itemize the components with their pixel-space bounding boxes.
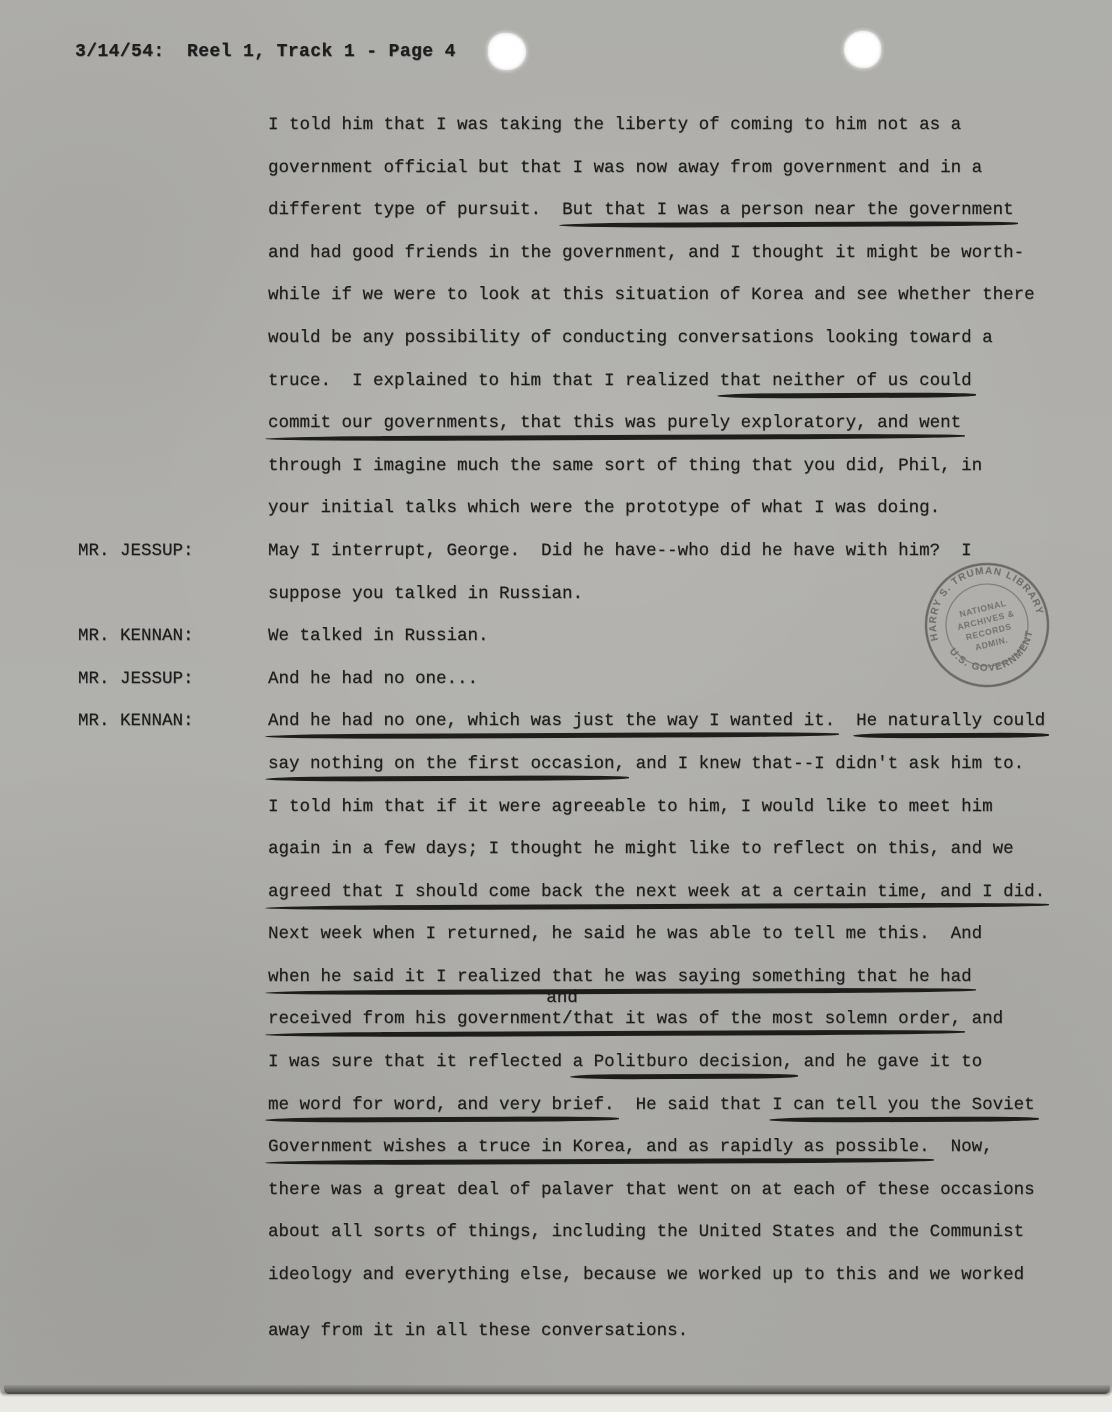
transcript-line: again in a few days; I thought he might … [268,828,1068,871]
transcript: I told him that I was taking the liberty… [268,104,1068,1352]
text-segment: I told him that I was taking the liberty… [268,115,961,135]
speaker-label: MR. KENNAN: [78,615,266,658]
transcript-line: Next week when I returned, he said he wa… [268,913,1068,956]
text-segment: away from it in all these conversations. [268,1321,688,1341]
underlined-phrase: commit our governments, that this was pu… [268,413,961,433]
transcript-line: me word for word, and very brief. He sai… [268,1084,1068,1127]
underlined-phrase: say nothing on the first occasion, [268,754,625,774]
text-segment: I was sure that it reflected [268,1052,573,1072]
punch-hole [844,31,881,68]
underlined-phrase: received from his government/that it was… [268,1009,961,1029]
text-segment: Next week when I returned, he said he wa… [268,924,982,944]
transcript-line: commit our governments, that this was pu… [268,402,1068,445]
text-segment [835,711,856,731]
document-page: 3/14/54: Reel 1, Track 1 - Page 4 I told… [0,0,1112,1392]
underlined-phrase: when he said it I realized that he was s… [268,967,972,987]
transcript-line: government official but that I was now a… [268,147,1068,190]
text-segment: May I interrupt, George. Did he have--wh… [268,541,972,561]
text-segment: your initial talks which were the protot… [268,498,940,518]
transcript-line: agreed that I should come back the next … [268,871,1068,914]
transcript-line: say nothing on the first occasion, and I… [268,743,1068,786]
speaker-label: MR. KENNAN: [78,700,266,743]
text-segment: and [961,1009,1003,1029]
text-segment: government official but that I was now a… [268,158,982,178]
text-segment: different type of pursuit. [268,200,562,220]
transcript-line: while if we were to look at this situati… [268,274,1068,317]
text-segment: and I knew that--I didn't ask him to. [625,754,1024,774]
underlined-phrase: agreed that I should come back the next … [268,882,1045,902]
transcript-line: received from his government/that it was… [268,998,1068,1041]
text-segment: Now, [930,1137,993,1157]
transcript-line: would be any possibility of conducting c… [268,317,1068,360]
text-segment: about all sorts of things, including the… [268,1222,1024,1242]
transcript-line: ideology and everything else, because we… [268,1254,1068,1297]
text-segment: suppose you talked in Russian. [268,584,583,604]
underlined-phrase: that neither of us could [720,371,972,391]
text-segment: I told him that if it were agreeable to … [268,797,993,817]
underlined-phrase: And he had no one, which was just the wa… [268,711,835,731]
text-segment: again in a few days; I thought he might … [268,839,1014,859]
transcript-line: there was a great deal of palaver that w… [268,1169,1068,1212]
text-segment: would be any possibility of conducting c… [268,328,993,348]
text-segment: and had good friends in the government, … [268,243,1024,263]
speaker-label: MR. JESSUP: [78,658,266,701]
transcript-line: about all sorts of things, including the… [268,1211,1068,1254]
text-segment: while if we were to look at this situati… [268,285,1035,305]
underlined-phrase: a Politburo decision, [573,1052,794,1072]
transcript-line: different type of pursuit. But that I wa… [268,189,1068,232]
transcript-line: I was sure that it reflected a Politburo… [268,1041,1068,1084]
transcript-line: away from it in all these conversations. [268,1310,1068,1353]
text-segment: ideology and everything else, because we… [268,1265,1024,1285]
transcript-line: your initial talks which were the protot… [268,487,1068,530]
underlined-phrase: But that I was a person near the governm… [562,200,1014,220]
transcript-line: I told him that if it were agreeable to … [268,786,1068,829]
transcript-line: truce. I explained to him that I realize… [268,360,1068,403]
page-header: 3/14/54: Reel 1, Track 1 - Page 4 [75,42,456,62]
text-segment: He said that [615,1095,773,1115]
inserted-word: and [546,988,578,1008]
underlined-phrase: I can tell you the Soviet [772,1095,1035,1115]
transcript-line: Government wishes a truce in Korea, and … [268,1126,1068,1169]
text-segment: and he gave it to [793,1052,982,1072]
speaker-label: MR. JESSUP: [78,530,266,573]
punch-hole [488,33,526,70]
text-segment: We talked in Russian. [268,626,489,646]
transcript-line: I told him that I was taking the liberty… [268,104,1068,147]
underlined-phrase: He naturally could [856,711,1045,731]
underlined-phrase: Government wishes a truce in Korea, and … [268,1137,930,1157]
text-segment: truce. I explained to him that I realize… [268,371,720,391]
text-segment: And he had no one... [268,669,478,689]
underlined-phrase: me word for word, and very brief. [268,1095,615,1115]
text-segment: there was a great deal of palaver that w… [268,1180,1035,1200]
text-segment: through I imagine much the same sort of … [268,456,982,476]
transcript-line: when he said it I realized that he was s… [268,956,1068,999]
transcript-line: through I imagine much the same sort of … [268,445,1068,488]
transcript-line: and had good friends in the government, … [268,232,1068,275]
